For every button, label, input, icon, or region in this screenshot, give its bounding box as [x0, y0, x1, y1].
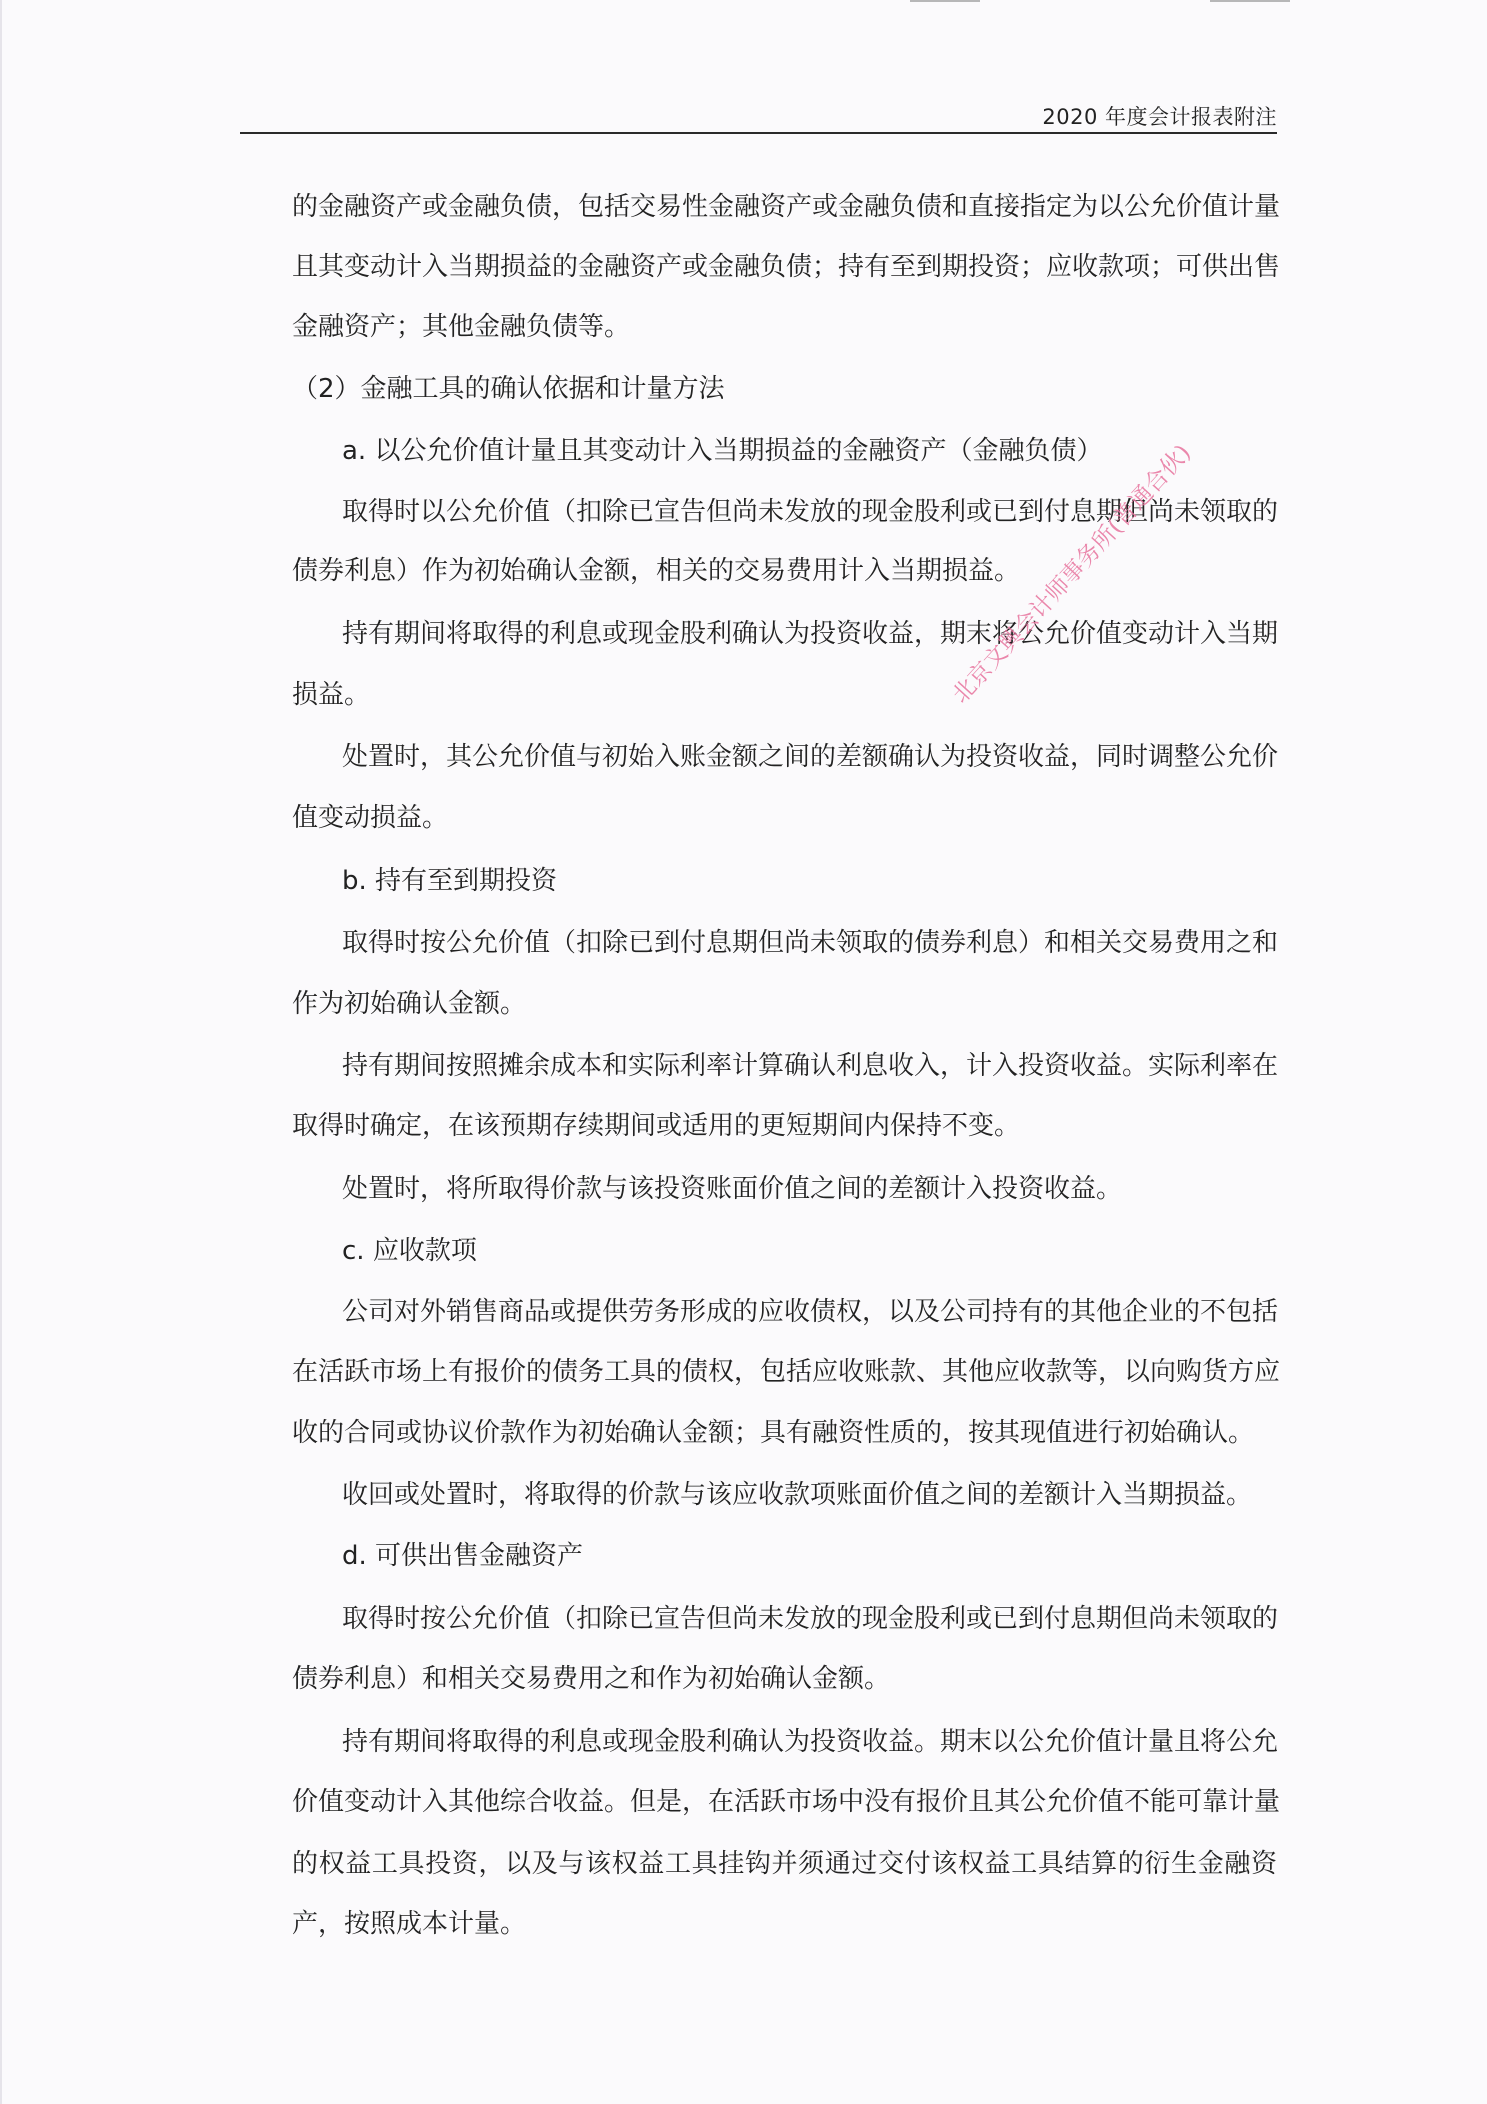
- text-line: 的金融资产或金融负债，包括交易性金融资产或金融负债和直接指定为以公允价值计量: [292, 192, 1277, 222]
- scan-edge-mark: [910, 0, 980, 2]
- header-rule: [240, 132, 1277, 134]
- text-line: 值变动损益。: [292, 803, 1277, 833]
- text-line: 损益。: [292, 680, 1277, 710]
- text-line: 金融资产；其他金融负债等。: [292, 312, 1277, 342]
- text-line: （2）金融工具的确认依据和计量方法: [292, 374, 1277, 404]
- text-line: 持有期间按照摊余成本和实际利率计算确认利息收入，计入投资收益。实际利率在: [342, 1051, 1277, 1081]
- text-line: a. 以公允价值计量且其变动计入当期损益的金融资产（金融负债）: [342, 436, 1277, 466]
- text-line: 作为初始确认金额。: [292, 989, 1277, 1019]
- text-line: 收回或处置时，将取得的价款与该应收款项账面价值之间的差额计入当期损益。: [342, 1480, 1277, 1510]
- text-line: 持有期间将取得的利息或现金股利确认为投资收益。期末以公允价值计量且将公允: [342, 1727, 1277, 1757]
- text-line: 债券利息）和相关交易费用之和作为初始确认金额。: [292, 1664, 1277, 1694]
- text-line: 在活跃市场上有报价的债务工具的债权，包括应收账款、其他应收款等，以向购货方应: [292, 1357, 1277, 1387]
- page-header-title: 2020 年度会计报表附注: [1042, 101, 1277, 131]
- scan-edge-mark: [1210, 0, 1290, 2]
- scan-left-edge: [0, 0, 2, 2104]
- text-line: b. 持有至到期投资: [342, 866, 1277, 896]
- text-line: c. 应收款项: [342, 1236, 1277, 1266]
- text-line: 产，按照成本计量。: [292, 1909, 1277, 1939]
- text-line: d. 可供出售金融资产: [342, 1541, 1277, 1571]
- text-line: 持有期间将取得的利息或现金股利确认为投资收益，期末将公允价值变动计入当期: [342, 619, 1277, 649]
- text-line: 取得时确定，在该预期存续期间或适用的更短期间内保持不变。: [292, 1111, 1277, 1141]
- text-line: 取得时按公允价值（扣除已宣告但尚未发放的现金股利或已到付息期但尚未领取的: [342, 1604, 1277, 1634]
- text-line: 处置时，其公允价值与初始入账金额之间的差额确认为投资收益，同时调整公允价: [342, 742, 1277, 772]
- text-line: 处置时，将所取得价款与该投资账面价值之间的差额计入投资收益。: [342, 1174, 1277, 1204]
- text-line: 价值变动计入其他综合收益。但是，在活跃市场中没有报价且其公允价值不能可靠计量: [292, 1787, 1277, 1817]
- text-line: 债券利息）作为初始确认金额，相关的交易费用计入当期损益。: [292, 556, 1277, 586]
- text-line: 收的合同或协议价款作为初始确认金额；具有融资性质的，按其现值进行初始确认。: [292, 1418, 1277, 1448]
- text-line: 取得时按公允价值（扣除已到付息期但尚未领取的债券利息）和相关交易费用之和: [342, 928, 1277, 958]
- text-line: 公司对外销售商品或提供劳务形成的应收债权，以及公司持有的其他企业的不包括: [342, 1297, 1277, 1327]
- text-line: 且其变动计入当期损益的金融资产或金融负债；持有至到期投资；应收款项；可供出售: [292, 252, 1277, 282]
- text-line: 的权益工具投资，以及与该权益工具挂钩并须通过交付该权益工具结算的衍生金融资: [292, 1849, 1277, 1879]
